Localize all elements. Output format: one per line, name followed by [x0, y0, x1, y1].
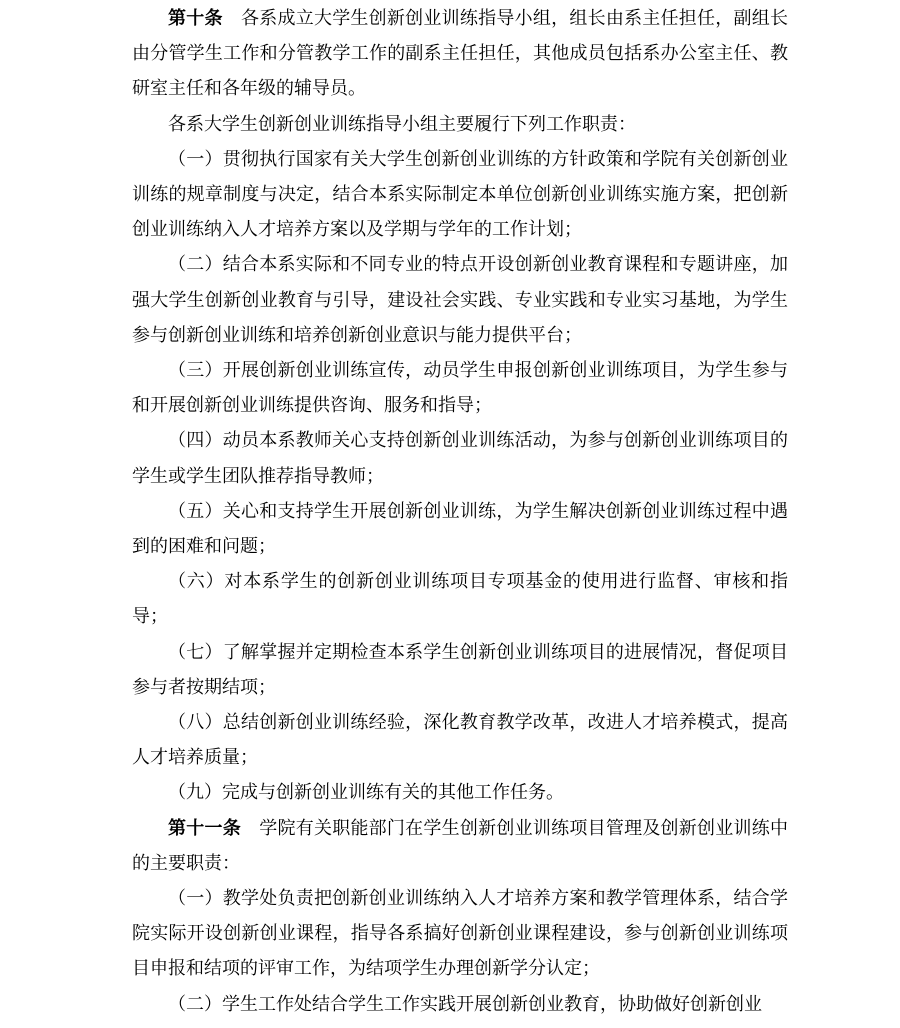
paragraph-item-1b: （一）教学处负责把创新创业训练纳入人才培养方案和教学管理体系，结合学院实际开设创…: [132, 881, 788, 987]
paragraph-text: （三）开展创新创业训练宣传，动员学生申报创新创业训练项目，为学生参与和开展创新创…: [132, 360, 788, 415]
paragraph-item-5: （五）关心和支持学生开展创新创业训练，为学生解决创新创业训练过程中遇到的困难和问…: [132, 494, 788, 564]
paragraph-item-2b: （二）学生工作处结合学生工作实践开展创新创业教育，协助做好创新创业: [132, 987, 788, 1022]
paragraph-item-1: （一）贯彻执行国家有关大学生创新创业训练的方针政策和学院有关创新创业训练的规章制…: [132, 142, 788, 248]
paragraph-item-8: （八）总结创新创业训练经验，深化教育教学改革，改进人才培养模式，提高人才培养质量…: [132, 705, 788, 775]
paragraph-item-7: （七）了解掌握并定期检查本系学生创新创业训练项目的进展情况，督促项目参与者按期结…: [132, 635, 788, 705]
paragraph-text: （二）学生工作处结合学生工作实践开展创新创业教育，协助做好创新创业: [168, 994, 762, 1014]
paragraph-text: （九）完成与创新创业训练有关的其他工作任务。: [168, 782, 564, 802]
paragraph-text: 各系成立大学生创新创业训练指导小组，组长由系主任担任，副组长由分管学生工作和分管…: [132, 8, 788, 98]
paragraph-text: （一）贯彻执行国家有关大学生创新创业训练的方针政策和学院有关创新创业训练的规章制…: [132, 149, 788, 239]
article-number: 第十条: [168, 8, 223, 28]
paragraph-text: （二）结合本系实际和不同专业的特点开设创新创业教育课程和专题讲座，加强大学生创新…: [132, 254, 788, 344]
paragraph-item-3: （三）开展创新创业训练宣传，动员学生申报创新创业训练项目，为学生参与和开展创新创…: [132, 353, 788, 423]
paragraph-text: （一）教学处负责把创新创业训练纳入人才培养方案和教学管理体系，结合学院实际开设创…: [132, 888, 788, 978]
paragraph-text: （五）关心和支持学生开展创新创业训练，为学生解决创新创业训练过程中遇到的困难和问…: [132, 501, 788, 556]
paragraph-item-4: （四）动员本系教师关心支持创新创业训练活动，为参与创新创业训练项目的学生或学生团…: [132, 423, 788, 493]
paragraph-text: （八）总结创新创业训练经验，深化教育教学改革，改进人才培养模式，提高人才培养质量…: [132, 712, 788, 767]
paragraph-article-10: 第十条 各系成立大学生创新创业训练指导小组，组长由系主任担任，副组长由分管学生工…: [132, 1, 788, 107]
paragraph-text: （七）了解掌握并定期检查本系学生创新创业训练项目的进展情况，督促项目参与者按期结…: [132, 642, 788, 697]
paragraph-text: （四）动员本系教师关心支持创新创业训练活动，为参与创新创业训练项目的学生或学生团…: [132, 430, 788, 485]
paragraph: 各系大学生创新创业训练指导小组主要履行下列工作职责：: [132, 107, 788, 142]
paragraph-article-11: 第十一条 学院有关职能部门在学生创新创业训练项目管理及创新创业训练中的主要职责：: [132, 811, 788, 881]
paragraph-item-6: （六）对本系学生的创新创业训练项目专项基金的使用进行监督、审核和指导；: [132, 564, 788, 634]
paragraph-item-9: （九）完成与创新创业训练有关的其他工作任务。: [132, 775, 788, 810]
document-page: 第十条 各系成立大学生创新创业训练指导小组，组长由系主任担任，副组长由分管学生工…: [0, 0, 900, 1028]
paragraph-text: （六）对本系学生的创新创业训练项目专项基金的使用进行监督、审核和指导；: [132, 571, 788, 626]
paragraph-text: 各系大学生创新创业训练指导小组主要履行下列工作职责：: [168, 114, 636, 134]
paragraph-item-2: （二）结合本系实际和不同专业的特点开设创新创业教育课程和专题讲座，加强大学生创新…: [132, 247, 788, 353]
article-number: 第十一条: [168, 818, 241, 838]
